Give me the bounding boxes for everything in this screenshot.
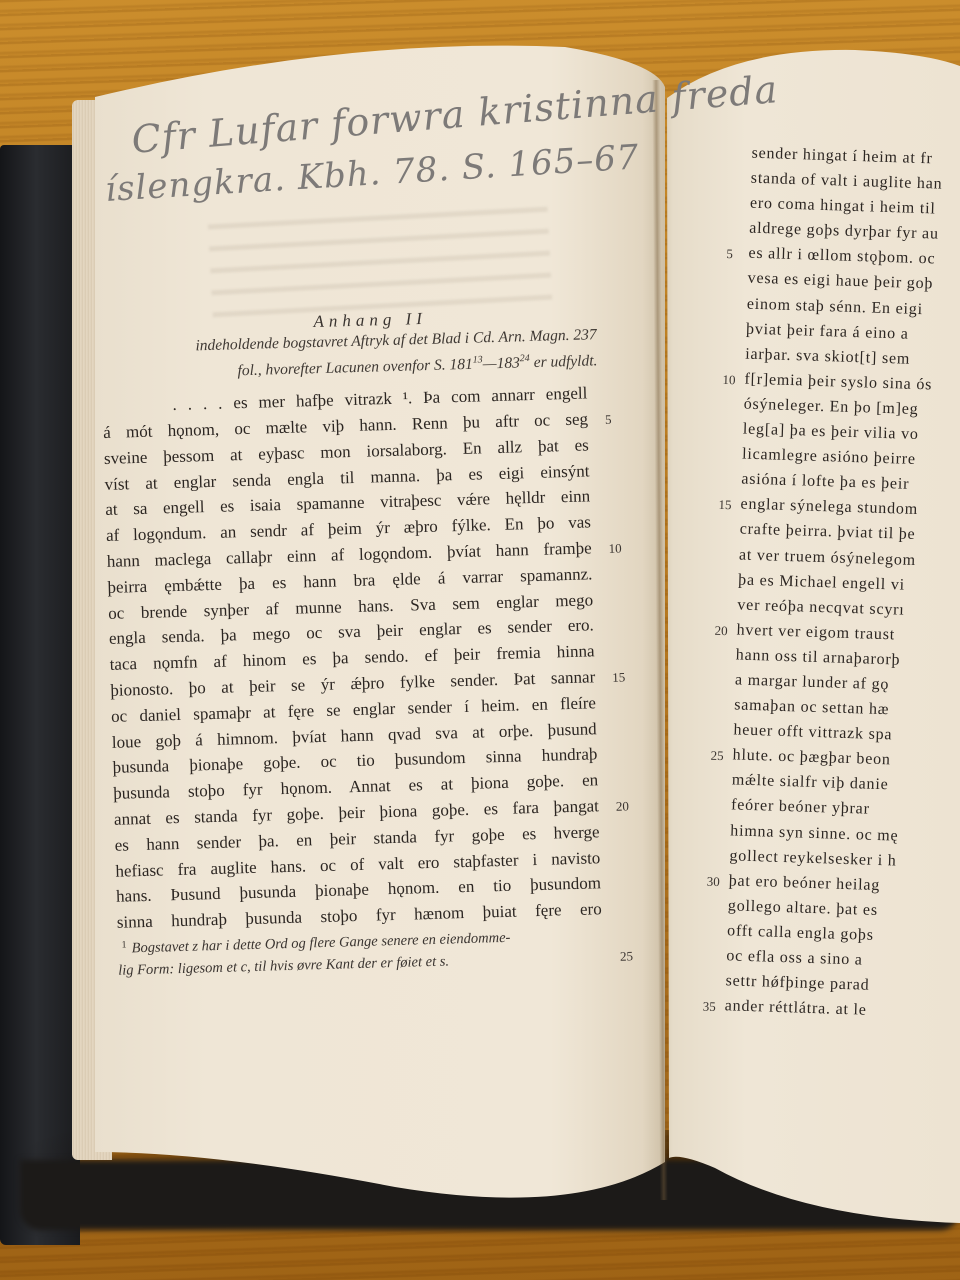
line-text: gollego altare. þat es [728, 897, 878, 919]
line-text: offt calla engla goþs [727, 922, 874, 944]
subheading-range: —183 [483, 354, 521, 372]
line-text: gollect reykelsesker i h [729, 847, 897, 869]
line-number: 15 [718, 492, 732, 517]
line-number: 5 [605, 407, 612, 433]
show-through-text [207, 196, 552, 324]
subheading-prefix: fol., hvorefter Lacunen ovenfor S. 181 [237, 356, 473, 380]
line-text: þa es Michael engell vi [738, 571, 905, 593]
line-text: þat ero beóner heilag [728, 872, 880, 894]
line-number: 30 [706, 868, 720, 893]
line-text: sender hingat í heim at fr [751, 145, 933, 168]
line-number: 10 [722, 367, 736, 392]
line-text: f[r]emia þeir syslo sina ós [744, 370, 932, 393]
line-text: þviat þeir fara á eino a [746, 320, 909, 342]
line-number: 5 [726, 241, 733, 266]
right-page-text: sender hingat í heim at frstanda of valt… [702, 140, 960, 1025]
subheading-suffix: er udfyldt. [530, 352, 598, 371]
line-text: ander réttlátra. at le [725, 997, 867, 1018]
line-number: 15 [612, 664, 626, 690]
left-body-text: . . . . es mer hafþe vitrazk ¹. Þa com a… [102, 380, 617, 935]
line-text: settr hǿfþinge parad [725, 972, 869, 994]
line-text: at ver truem ósýnelegom [739, 546, 916, 569]
line-text: licamlegre asióno þeirre [742, 446, 916, 468]
line-text: englar sýnelega stundom [740, 496, 918, 519]
line-text: ero coma hingat i heim til [750, 195, 936, 218]
line-text: iarþar. sva skiot[t] sem [745, 345, 910, 367]
line-text: samaþan oc settan hæ [734, 696, 890, 718]
line-text: oc efla oss a sino a [726, 947, 863, 968]
line-text: einom staþ sénn. En eigi [747, 295, 924, 318]
line-text: hann oss til arnaþarorþ [736, 646, 901, 668]
line-text: hvert ver eigom traust [736, 621, 895, 643]
book-cover-spine [0, 145, 80, 1245]
line-number: 20 [615, 793, 629, 819]
line-number: 20 [714, 618, 728, 643]
line-number: 35 [702, 994, 716, 1019]
line-text: ver reóþa necqvat scyrı [737, 596, 905, 618]
line-text: standa of valt i auglite han [751, 170, 943, 193]
line-number: 25 [710, 743, 724, 768]
line-text: heuer offt vittrazk spa [733, 722, 892, 744]
line-text: himna syn sinne. oc mę [730, 822, 899, 844]
line-text: hlute. oc þægþar beon [732, 747, 891, 769]
line-text: aldrege goþs dyrþar fyr au [749, 220, 939, 243]
line-text: asióna í lofte þa es þeir [741, 471, 909, 493]
line-text: mǽlte sialfr viþ danie [732, 772, 889, 794]
left-page-text: Anhang II indeholdende bogstavret Aftryk… [100, 304, 618, 982]
line-text: feórer beóner yþrar [731, 797, 870, 818]
line-number: 25 [620, 945, 634, 967]
line-text: es allr i œllom stǫþom. oc [748, 245, 935, 268]
line-text: leg[a] þa es þeir vilia vo [743, 421, 919, 444]
footnote-mark: 1 [121, 934, 127, 956]
line-text: ósýneleger. En þo [m]eg [743, 396, 918, 418]
line-text: a margar lunder af gǫ [735, 671, 890, 693]
line-number: 10 [608, 535, 622, 561]
line-text: crafte þeirra. þviat til þe [740, 521, 916, 544]
line-text: vesa es eigi haue þeir goþ [747, 270, 933, 293]
